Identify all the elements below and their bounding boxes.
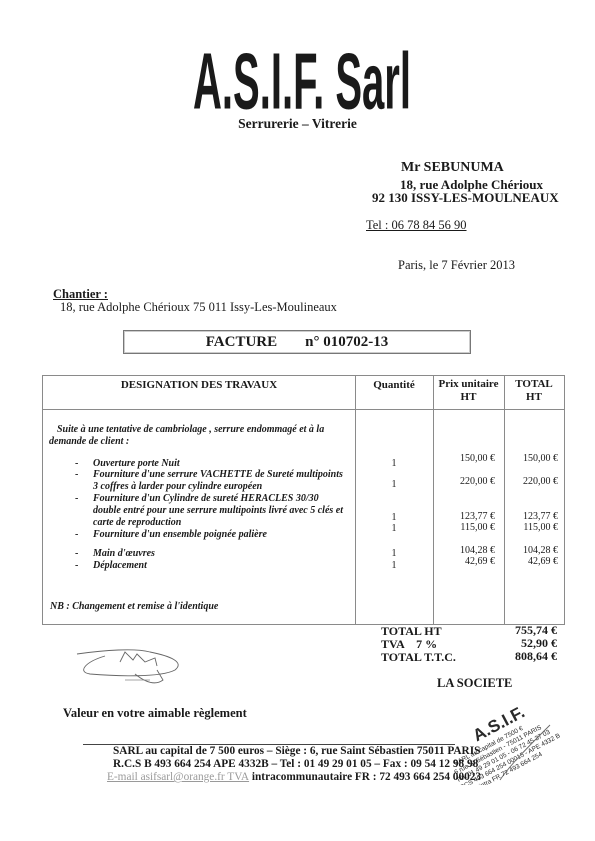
item-unit-price: 42,69 € (433, 556, 495, 568)
footer-email-link[interactable]: E-mail asifsarl@orange.fr TVA (107, 771, 249, 783)
company-logo: A.S.I.F. Sarl (190, 36, 415, 124)
company-stamp: A.S.I.F. SARL au capital de 7500 € 6 rue… (440, 685, 590, 785)
note-text: NB : Changement et remise à l'identique (50, 601, 218, 613)
bullet-dash: - (75, 548, 78, 560)
item-quantity: 1 (355, 479, 433, 491)
item-quantity: 1 (355, 523, 433, 535)
header-designation: DESIGNATION DES TRAVAUX (43, 379, 355, 392)
column-divider (355, 376, 356, 624)
company-tagline: Serrurerie – Vitrerie (0, 116, 595, 132)
footer-line-1: SARL au capital de 7 500 euros – Siège :… (113, 745, 480, 757)
header-quantity: Quantité (355, 379, 433, 392)
item-total: 42,69 € (504, 556, 558, 568)
bullet-dash: - (75, 469, 78, 481)
item-quantity: 1 (355, 548, 433, 560)
item-unit-price: 150,00 € (433, 453, 495, 465)
bullet-dash: - (75, 560, 78, 572)
logo-text: A.S.I.F. Sarl (193, 37, 411, 124)
signature (75, 640, 185, 700)
intro-text: Suite à une tentative de cambriolage , s… (57, 424, 347, 436)
column-divider (504, 376, 505, 624)
header-unit-price-line2: HT (433, 391, 504, 404)
header-total-line2: HT (504, 391, 564, 404)
item-description: Fourniture d'un ensemble poignée palière (93, 529, 343, 541)
invoice-title-box: FACTUREn° 010702-13 (123, 330, 471, 354)
header-total: TOTAL HT (504, 378, 564, 404)
column-divider (433, 376, 434, 624)
item-total: 150,00 € (504, 453, 558, 465)
item-description: Déplacement (93, 560, 343, 572)
invoice-table: DESIGNATION DES TRAVAUX Quantité Prix un… (42, 375, 565, 625)
recipient-phone: Tel : 06 78 84 56 90 (366, 218, 467, 233)
place-date: Paris, le 7 Février 2013 (398, 258, 515, 273)
invoice-title: FACTURE (206, 334, 277, 350)
total-ttc-label: TOTAL T.T.C. (381, 650, 456, 665)
footer-line-3: E-mail asifsarl@orange.fr TVA intracommu… (107, 771, 481, 783)
recipient-city: 92 130 ISSY-LES-MOULNEAUX (372, 190, 559, 206)
item-total: 115,00 € (504, 522, 558, 534)
item-unit-price: 115,00 € (433, 522, 495, 534)
header-unit-price-line1: Prix unitaire (433, 378, 504, 391)
footer-line-2: R.C.S B 493 664 254 APE 4332B – Tel : 01… (113, 758, 478, 770)
item-description: Main d'œuvres (93, 548, 343, 560)
header-unit-price: Prix unitaire HT (433, 378, 504, 404)
item-quantity: 1 (355, 458, 433, 470)
payment-note: Valeur en votre aimable règlement (63, 706, 247, 721)
header-divider (43, 409, 564, 410)
total-ttc-value: 808,64 € (477, 649, 557, 664)
item-quantity: 1 (355, 560, 433, 572)
footer-vat: intracommunautaire FR : 72 493 664 254 0… (249, 771, 481, 783)
header-total-line1: TOTAL (504, 378, 564, 391)
invoice-number: n° 010702-13 (305, 334, 388, 350)
item-description: Fourniture d'un Cylindre de sureté HERAC… (93, 493, 343, 529)
intro-text-2: demande de client : (49, 436, 129, 448)
item-description: Fourniture d'une serrure VACHETTE de Sur… (93, 469, 343, 493)
item-total: 220,00 € (504, 476, 558, 488)
recipient-name: Mr SEBUNUMA (401, 160, 504, 176)
chantier-address: 18, rue Adolphe Chérioux 75 011 Issy-Les… (60, 300, 337, 315)
item-unit-price: 220,00 € (433, 476, 495, 488)
bullet-dash: - (75, 493, 78, 505)
bullet-dash: - (75, 529, 78, 541)
